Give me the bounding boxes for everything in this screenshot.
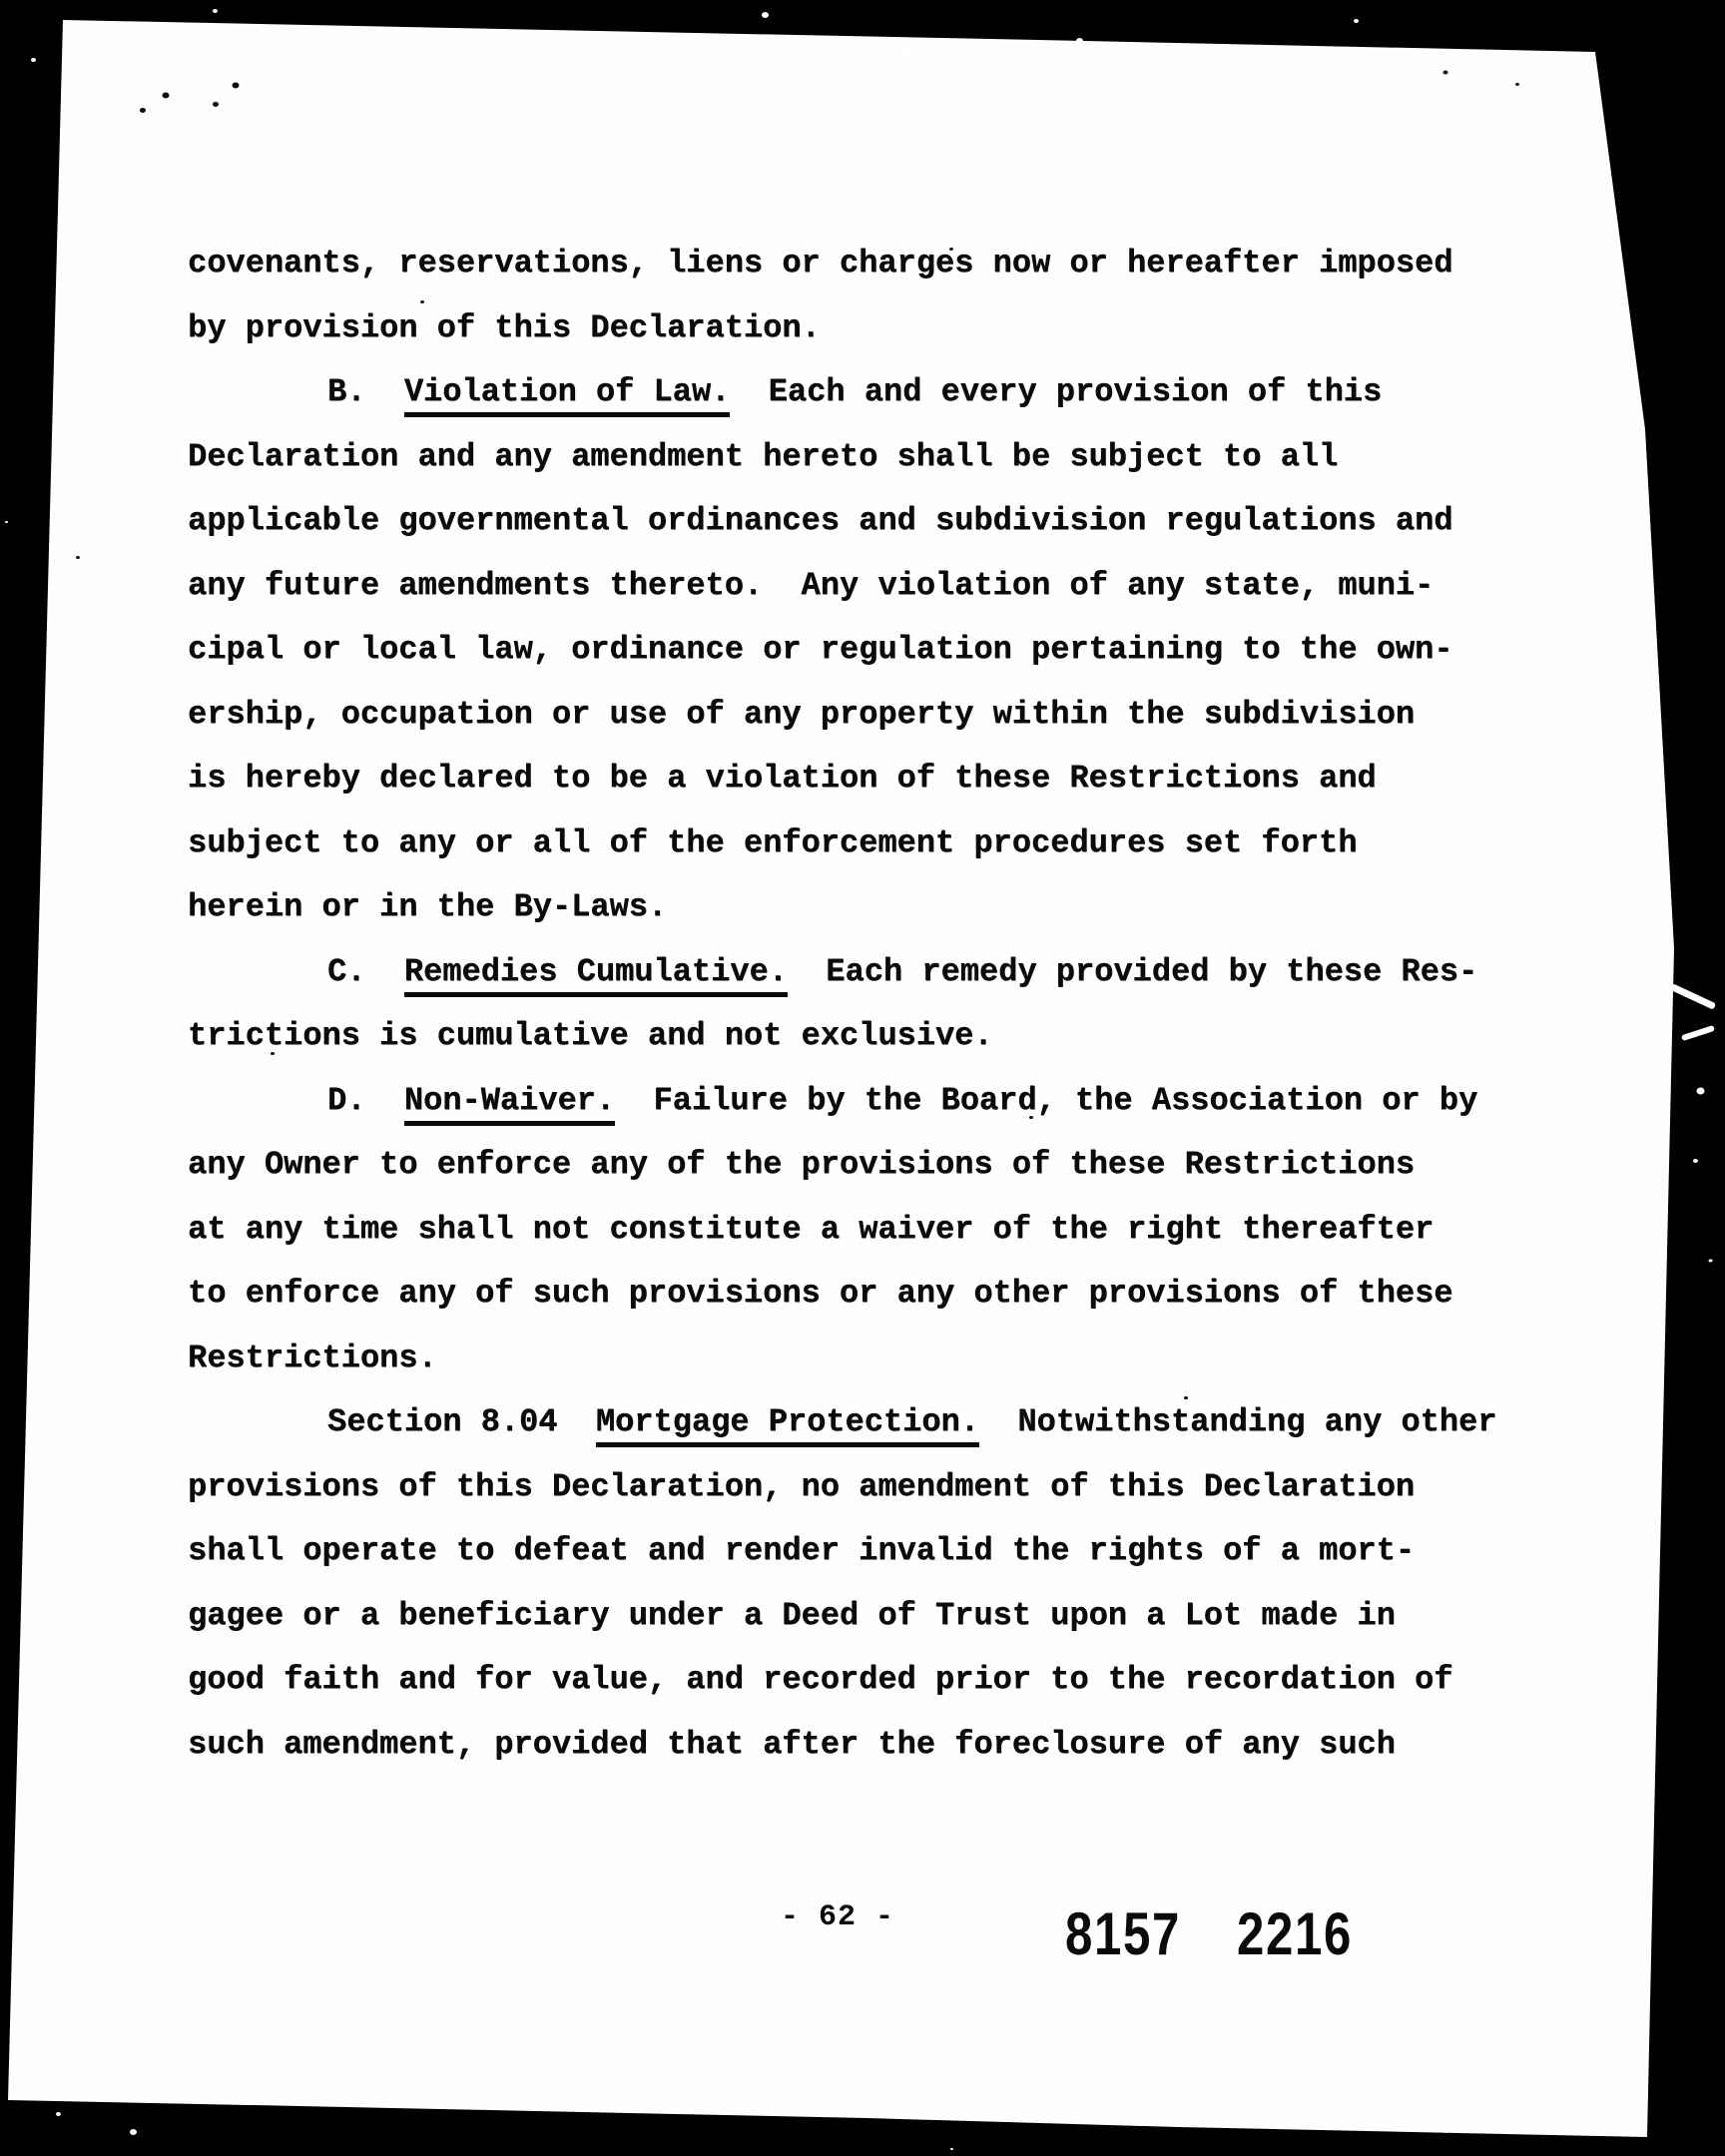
text-segment: shall operate to defeat and render inval… bbox=[188, 1532, 1415, 1569]
page-number: - 62 - bbox=[781, 1900, 894, 1934]
text-segment: herein or in the By-Laws. bbox=[188, 888, 667, 925]
text-segment: any Owner to enforce any of the provisio… bbox=[188, 1146, 1415, 1183]
text-segment: Failure by the Board, the Association or… bbox=[615, 1082, 1477, 1119]
text-line: applicable governmental ordinances and s… bbox=[188, 489, 1515, 554]
text-segment: Each remedy provided by these Res- bbox=[788, 953, 1477, 990]
text-segment: such amendment, provided that after the … bbox=[188, 1726, 1396, 1763]
text-line: such amendment, provided that after the … bbox=[188, 1713, 1515, 1778]
scanned-document-page: covenants, reservations, liens or charge… bbox=[0, 0, 1725, 2156]
text-line: D. Non-Waiver. Failure by the Board, the… bbox=[188, 1069, 1515, 1134]
text-segment: Notwithstanding any other bbox=[979, 1403, 1496, 1440]
text-line: Section 8.04 Mortgage Protection. Notwit… bbox=[188, 1390, 1515, 1455]
text-line: Restrictions. bbox=[188, 1327, 1515, 1391]
text-segment: gagee or a beneficiary under a Deed of T… bbox=[188, 1597, 1396, 1634]
ink-speck-noise bbox=[140, 108, 146, 113]
text-segment: at any time shall not constitute a waive… bbox=[188, 1211, 1434, 1248]
text-line: herein or in the By-Laws. bbox=[188, 875, 1515, 940]
recorder-stamp-number-left: 8157 bbox=[1065, 1899, 1181, 1968]
text-segment: provisions of this Declaration, no amend… bbox=[188, 1468, 1415, 1505]
text-segment: Declaration and any amendment hereto sha… bbox=[188, 438, 1338, 475]
text-segment: B. bbox=[327, 373, 404, 410]
text-line: gagee or a beneficiary under a Deed of T… bbox=[188, 1584, 1515, 1649]
text-segment: Each and every provision of this bbox=[730, 373, 1382, 410]
scan-scratch bbox=[1681, 1025, 1715, 1041]
text-segment: ership, occupation or use of any propert… bbox=[188, 696, 1415, 733]
recorder-stamp-number-right: 2216 bbox=[1237, 1899, 1353, 1968]
text-line: Declaration and any amendment hereto sha… bbox=[188, 425, 1515, 490]
text-line: covenants, reservations, liens or charge… bbox=[188, 232, 1515, 296]
text-line: any Owner to enforce any of the provisio… bbox=[188, 1133, 1515, 1198]
text-segment: to enforce any of such provisions or any… bbox=[188, 1275, 1452, 1312]
text-segment: covenants, reservations, liens or charge… bbox=[188, 245, 1452, 281]
text-line: trictions is cumulative and not exclusiv… bbox=[188, 1004, 1515, 1069]
scan-border-noise bbox=[762, 12, 769, 18]
text-line: to enforce any of such provisions or any… bbox=[188, 1262, 1515, 1327]
text-segment: D. bbox=[327, 1082, 404, 1119]
text-segment: trictions is cumulative and not exclusiv… bbox=[188, 1017, 993, 1054]
text-segment: cipal or local law, ordinance or regulat… bbox=[188, 631, 1452, 668]
text-segment: C. bbox=[327, 953, 404, 990]
text-segment: applicable governmental ordinances and s… bbox=[188, 502, 1452, 539]
text-line: ership, occupation or use of any propert… bbox=[188, 683, 1515, 748]
text-line: provisions of this Declaration, no amend… bbox=[188, 1455, 1515, 1520]
text-line: by provision of this Declaration. bbox=[188, 296, 1515, 361]
document-lines: covenants, reservations, liens or charge… bbox=[188, 232, 1515, 1777]
text-line: at any time shall not constitute a waive… bbox=[188, 1198, 1515, 1263]
underlined-heading: Mortgage Protection. bbox=[596, 1403, 979, 1447]
text-segment: by provision of this Declaration. bbox=[188, 309, 821, 346]
underlined-heading: Remedies Cumulative. bbox=[404, 953, 788, 997]
text-segment: subject to any or all of the enforcement… bbox=[188, 824, 1357, 861]
text-segment: Restrictions. bbox=[188, 1340, 437, 1376]
text-line: shall operate to defeat and render inval… bbox=[188, 1519, 1515, 1584]
text-segment: any future amendments thereto. Any viola… bbox=[188, 567, 1434, 604]
text-line: subject to any or all of the enforcement… bbox=[188, 811, 1515, 876]
text-line: any future amendments thereto. Any viola… bbox=[188, 554, 1515, 619]
underlined-heading: Non-Waiver. bbox=[404, 1082, 615, 1126]
text-line: cipal or local law, ordinance or regulat… bbox=[188, 618, 1515, 683]
text-segment: Section 8.04 bbox=[327, 1403, 596, 1440]
text-line: is hereby declared to be a violation of … bbox=[188, 747, 1515, 811]
underlined-heading: Violation of Law. bbox=[404, 373, 730, 417]
text-line: B. Violation of Law. Each and every prov… bbox=[188, 360, 1515, 425]
text-line: C. Remedies Cumulative. Each remedy prov… bbox=[188, 940, 1515, 1005]
text-line: good faith and for value, and recorded p… bbox=[188, 1648, 1515, 1713]
scan-scratch bbox=[1670, 983, 1716, 1010]
text-segment: is hereby declared to be a violation of … bbox=[188, 760, 1377, 797]
text-segment: good faith and for value, and recorded p… bbox=[188, 1661, 1452, 1698]
